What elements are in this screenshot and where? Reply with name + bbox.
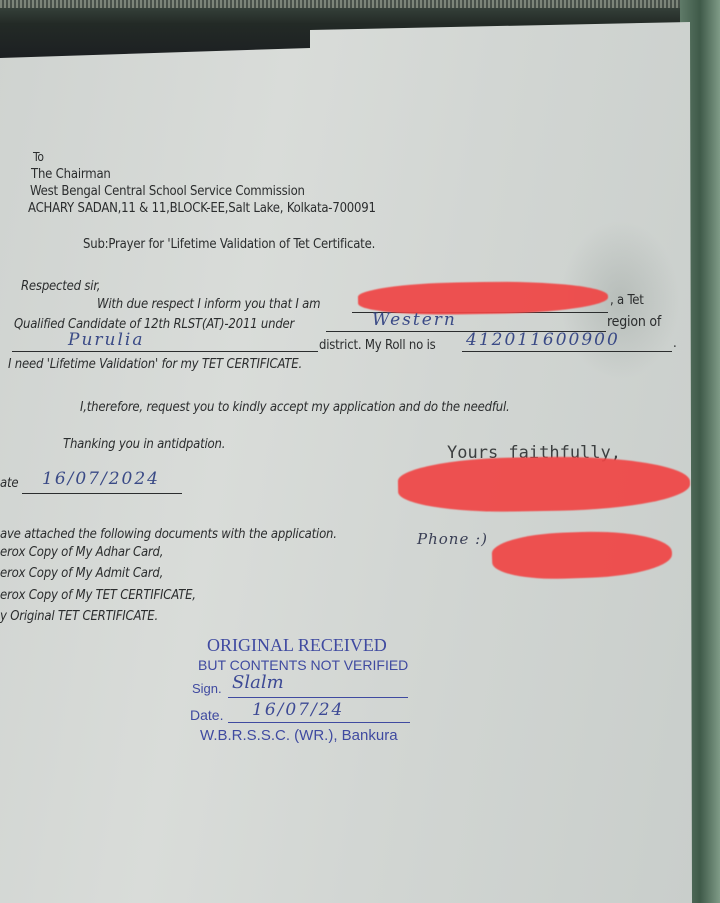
stamp-sign-label: Sign. xyxy=(192,681,222,696)
body-line-3: district. My Roll no is xyxy=(319,338,436,353)
attachment-item: erox Copy of My Admit Card, xyxy=(0,566,163,581)
date-blank xyxy=(22,493,182,494)
request-line: I,therefore, request you to kindly accep… xyxy=(80,400,510,415)
stamp-date-line xyxy=(228,722,410,723)
stamp-date-label: Date. xyxy=(190,707,223,723)
background-fringe xyxy=(0,0,720,8)
subject-line: Sub:Prayer for 'Lifetime Validation of T… xyxy=(83,237,375,252)
recipient-org: West Bengal Central School Service Commi… xyxy=(30,184,305,199)
roll-no-blank xyxy=(462,351,672,352)
attachment-item: y Original TET CERTIFICATE. xyxy=(0,609,158,624)
date-handwritten: 16/07/2024 xyxy=(42,469,160,489)
recipient-address: ACHARY SADAN,11 & 11,BLOCK-EE,Salt Lake,… xyxy=(28,201,376,216)
stamp-sign-line xyxy=(228,697,408,698)
region-handwritten: Western xyxy=(372,310,457,330)
district-blank xyxy=(12,351,318,352)
stamp-office: W.B.R.S.S.C. (WR.), Bankura xyxy=(200,727,398,744)
stamp-signature: Slalm xyxy=(232,672,284,693)
attachment-item: erox Copy of My Adhar Card, xyxy=(0,545,163,560)
body-line-3-end: . xyxy=(673,336,677,351)
thanking-line: Thanking you in antidpation. xyxy=(63,437,225,452)
recipient-title: The Chairman xyxy=(31,167,111,182)
body-line-2-suffix: region of xyxy=(607,314,661,330)
body-line-1: With due respect I inform you that I am xyxy=(97,297,320,312)
phone-label: Phone :) xyxy=(417,530,488,548)
district-handwritten: Purulia xyxy=(68,330,144,350)
attachment-item: erox Copy of My TET CERTIFICATE, xyxy=(0,588,196,603)
stamp-received: ORIGINAL RECEIVED xyxy=(207,635,387,656)
date-label: ate xyxy=(0,476,18,491)
stamp-not-verified: BUT CONTENTS NOT VERIFIED xyxy=(198,657,408,673)
stamp-date-handwritten: 16/07/24 xyxy=(252,700,344,720)
salutation: Respected sir, xyxy=(21,279,100,294)
body-line-1-suffix: , a Tet xyxy=(610,293,644,308)
body-line-4: I need 'Lifetime Validation' for my TET … xyxy=(8,357,302,372)
body-line-2: Qualified Candidate of 12th RLST(AT)-201… xyxy=(14,317,294,332)
to-label: To xyxy=(33,150,44,164)
attachments-intro: ave attached the following documents wit… xyxy=(0,527,337,542)
roll-no-handwritten: 412011600900 xyxy=(466,330,620,350)
